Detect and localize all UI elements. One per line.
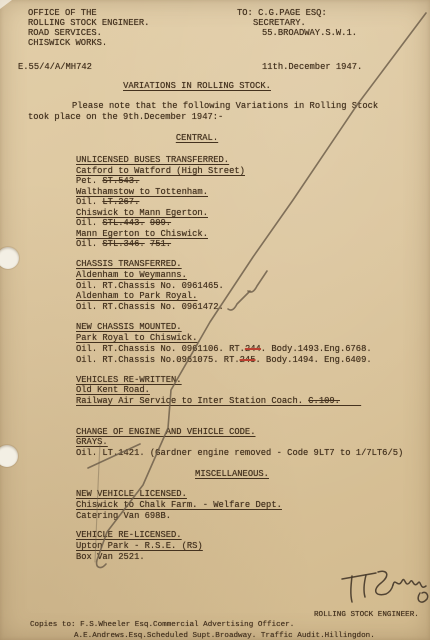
intro-line-1: Please note that the following Variation… xyxy=(72,101,378,111)
route-line: Mann Egerton to Chiswick. xyxy=(76,229,208,239)
struck-text: C.109. xyxy=(308,396,340,406)
struck-text: 244 xyxy=(245,344,261,354)
heading-vehicle-relicensed: VEHICLE RE-LICENSED. xyxy=(76,530,182,540)
intro-line-2: took place on the 9th.December 1947:- xyxy=(28,112,223,122)
sender-line-3: ROAD SERVICES. xyxy=(28,28,102,38)
hole-punch-top xyxy=(0,247,19,269)
route-line: Upton Park - R.S.E. (RS) xyxy=(76,541,203,551)
struck-text: STL.346. xyxy=(102,239,144,249)
vehicle-line: Oil. RT.Chassis No. 0961106. RT.244. Bod… xyxy=(76,344,372,354)
route-line: Chiswick to Mann Egerton. xyxy=(76,208,208,218)
route-line: Aldenham to Weymanns. xyxy=(76,270,187,280)
struck-text: ST.543. xyxy=(102,176,139,186)
route-line: GRAYS. xyxy=(76,437,108,447)
route-line: Old Kent Road. xyxy=(76,385,150,395)
vehicle-line: Oil. LT.267. xyxy=(76,197,139,207)
vehicle-line: Pet. ST.543. xyxy=(76,176,139,186)
signature-title: ROLLING STOCK ENGINEER. xyxy=(314,610,419,620)
date: 11th.December 1947. xyxy=(262,62,362,72)
route-line: Railway Air Service to Inter Station Coa… xyxy=(76,396,361,406)
copies-line-1: Copies to: F.S.Wheeler Esq.Commercial Ad… xyxy=(30,620,294,630)
ink-annotations xyxy=(0,0,430,640)
heading-unlicensed-buses: UNLICENSED BUSES TRANSFERRED. xyxy=(76,155,229,165)
recipient-line-1: TO: C.G.PAGE ESQ: xyxy=(237,8,327,18)
route-line: Park Royal to Chiswick. xyxy=(76,333,197,343)
section-central: CENTRAL. xyxy=(176,133,218,143)
struck-text: 245 xyxy=(240,355,256,365)
sender-line-4: CHISWICK WORKS. xyxy=(28,38,107,48)
vehicle-line: Oil. STL.443. 909. xyxy=(76,218,171,228)
hole-punch-bottom xyxy=(0,445,18,467)
vehicle-line: Oil. STL.346. 751. xyxy=(76,239,171,249)
struck-text: 751. xyxy=(150,239,171,249)
signature-scrawl xyxy=(342,571,428,602)
section-miscellaneous: MISCELLANEOUS. xyxy=(195,469,269,479)
heading-new-chassis-mounted: NEW CHASSIS MOUNTED. xyxy=(76,322,182,332)
vehicle-line: Box Van 2521. xyxy=(76,552,145,562)
recipient-line-3: 55.BROADWAY.S.W.1. xyxy=(262,28,357,38)
heading-new-vehicle-licensed: NEW VEHICLE LICENSED. xyxy=(76,489,187,499)
struck-text: STL.443. xyxy=(102,218,144,228)
route-line: Aldenham to Park Royal. xyxy=(76,291,197,301)
document-title: VARIATIONS IN ROLLING STOCK. xyxy=(123,81,271,91)
route-line: Walthamstow to Tottenham. xyxy=(76,187,208,197)
vehicle-line: Catering Van 698B. xyxy=(76,511,171,521)
route-line: Chiswick to Chalk Farm. - Welfare Dept. xyxy=(76,500,282,510)
vehicle-line: Oil. LT.1421. (Gardner engine removed - … xyxy=(76,448,403,458)
route-line: Catford to Watford (High Street) xyxy=(76,166,245,176)
sender-line-1: OFFICE OF THE xyxy=(28,8,97,18)
vehicle-line: Oil. RT.Chassis No. 0961472. xyxy=(76,302,224,312)
recipient-line-2: SECRETARY. xyxy=(253,18,306,28)
pen-tick-chassis-2 xyxy=(228,291,250,310)
struck-text: 909. xyxy=(150,218,171,228)
copies-line-2: A.E.Andrews.Esq.Scheduled Supt.Broadway.… xyxy=(74,631,375,640)
document-page: OFFICE OF THEROLLING STOCK ENGINEER.ROAD… xyxy=(0,0,430,640)
vehicle-line: Oil. RT.Chassis No. 0961465. xyxy=(76,281,224,291)
reference-number: E.55/4/A/MH742 xyxy=(18,62,92,72)
pen-tick-chassis-1 xyxy=(248,271,267,292)
page-corner xyxy=(0,0,12,9)
vehicle-line: Oil. RT.Chassis No.0961075. RT.245. Body… xyxy=(76,355,372,365)
heading-change-of-engine: CHANGE OF ENGINE AND VEHICLE CODE. xyxy=(76,427,256,437)
sender-line-2: ROLLING STOCK ENGINEER. xyxy=(28,18,149,28)
struck-text: LT.267. xyxy=(102,197,139,207)
heading-chassis-transferred: CHASSIS TRANSFERRED. xyxy=(76,259,182,269)
heading-vehicles-rewritten: VEHICLES RE-WRITTEN. xyxy=(76,375,182,385)
